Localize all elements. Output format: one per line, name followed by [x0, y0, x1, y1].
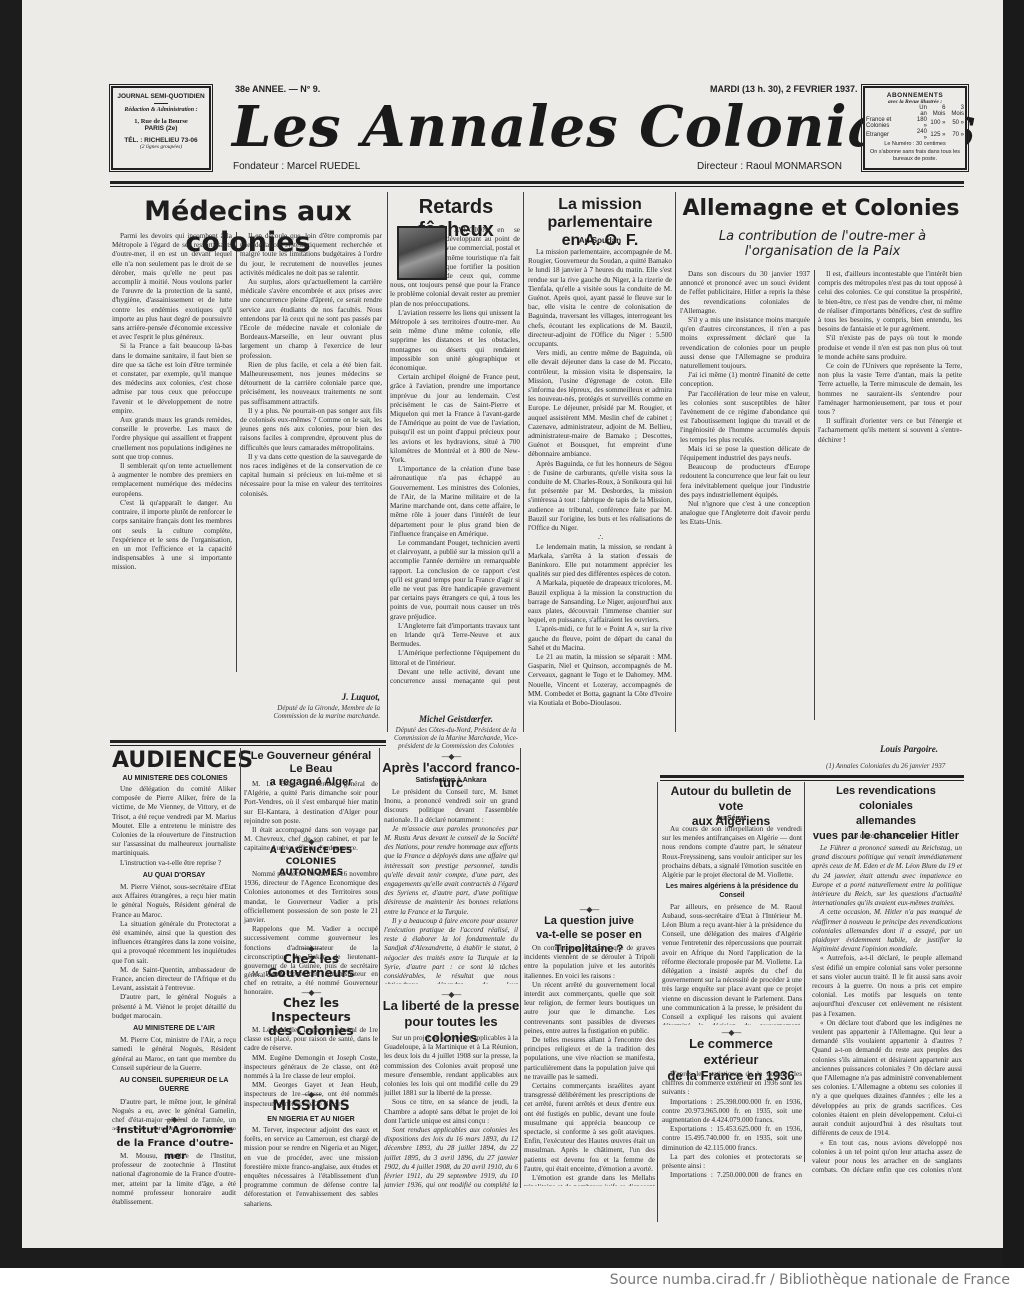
column-rule [520, 748, 521, 1188]
subhead-ministere-colonies: AU MINISTERE DES COLONIES [112, 775, 238, 782]
signature-geistdoerfer-title: Député des Côtes-du-Nord, Président de l… [392, 726, 520, 750]
subhead-allemagne: La contribution de l'outre-mer à l'organ… [700, 229, 945, 259]
column-rule [379, 748, 380, 1188]
address: 1, Rue de la Bourse [113, 118, 209, 125]
column-rule [657, 782, 658, 1222]
article-missions: M. Terver, inspecteur adjoint des eaux e… [244, 1126, 378, 1209]
source-attribution: Source numba.cirad.fr / Bibliothèque nat… [610, 1272, 1010, 1288]
ornament: ∴ [528, 533, 672, 542]
ornament-divider: —◆— [244, 837, 378, 846]
issue-number: 38e ANNEE. — N° 9. [235, 84, 320, 94]
subhead-conseil-guerre: AU CONSEIL SUPERIEUR DE LA GUERRE [112, 1076, 236, 1094]
subhead-senat-bulletin: Au Sénat [660, 815, 802, 822]
article-medecins-col1: Parmi les devoirs qui incombent à la Mét… [112, 232, 232, 672]
subscription-table: Un an6 Mois3 Mois France et Colonies180 … [865, 105, 965, 141]
article-bulletin-vote: Au cours de son interpellation de vendre… [662, 825, 802, 1025]
article-retards: AVIATION en se développant au point de v… [390, 226, 520, 686]
column-rule [804, 782, 805, 1162]
subhead-ankara: Satisfaction à Ankara [382, 777, 520, 784]
issue-date: MARDI (13 h. 30), 2 FEVRIER 1937. [710, 84, 858, 94]
article-liberte-presse: Sur un projet de loi rendant applicables… [384, 1034, 518, 1189]
subscription-row: France et Colonies180 »100 »50 » [865, 117, 965, 129]
column-rule [814, 270, 815, 720]
subhead-reichstag: Le discours du Reichstag [808, 832, 964, 840]
issue-price: Le Numéro : 30 centimes [865, 141, 965, 147]
headline-allemagne: Allemagne et Colonies [678, 196, 964, 221]
subhead-soudan: Au Soudan [526, 236, 674, 245]
article-allemagne-col1: Dans son discours du 30 janvier 1937 ann… [680, 270, 810, 744]
subscription-title: ABONNEMENTS [865, 92, 965, 99]
signature-pargoire: Louis Pargoire. [818, 744, 938, 754]
column-rule [523, 192, 524, 732]
headline-franco-turc: Après l'accord franco-turc [382, 760, 520, 790]
subhead-nigeria: EN NIGERIA ET AU NIGER [244, 1116, 378, 1123]
scan-edge [1003, 0, 1024, 1268]
article-commerce: D'après les statistiques de la douane, l… [662, 1070, 802, 1180]
founder: Fondateur : Marcel RUEDEL [233, 161, 360, 172]
section-rule [110, 740, 386, 746]
column-rule [387, 192, 388, 732]
ornament-divider: —◆— [112, 1115, 236, 1124]
telephone: TÉL. : RICHELIEU 73-06 [113, 137, 209, 144]
subscription-note: On s'abonne sans frais dans tous les bur… [865, 149, 965, 162]
footnote: (1) Annales Coloniales du 26 janvier 193… [826, 762, 976, 770]
director: Directeur : Raoul MONMARSON [697, 161, 842, 172]
headline-bulletin-vote: Autour du bulletin de voteaux Algériens [660, 784, 802, 829]
headline-missions: MISSIONS [244, 1098, 378, 1114]
signature-geistdoerfer: Michel Geistdœrfer. [392, 714, 520, 724]
article-question-juive: On communique du Caire que de graves inc… [524, 944, 655, 1186]
signature-luquot: J. Luquot, [240, 692, 380, 702]
article-franco-turc: Le président du Conseil turc, M. Ismet I… [384, 788, 518, 984]
article-mission: La mission parlementaire, accompagnée de… [528, 248, 672, 768]
signature-luquot-title: Député de la Gironde, Membre de la Commi… [260, 704, 380, 720]
masthead-left-box: JOURNAL SEMI-QUOTIDIEN Rédaction & Admin… [111, 86, 211, 170]
telephone-note: (2 lignes groupées) [113, 144, 209, 150]
redaction-label: Rédaction & Administration : [113, 107, 209, 113]
column-rule [675, 192, 676, 732]
ornament-divider: —◆— [522, 905, 656, 914]
section-rule [660, 775, 964, 781]
article-medecins-col2: Il en découle que, loin d'être compromis… [240, 232, 382, 617]
subhead-quai-orsay: AU QUAI D'ORSAY [112, 871, 236, 880]
article-allemagne-col2: Il est, d'ailleurs incontestable que l'i… [818, 270, 962, 710]
journal-type: JOURNAL SEMI-QUOTIDIEN [113, 93, 209, 100]
article-institut: M. Mousu, membre de l'Institut, professe… [112, 1152, 236, 1207]
headline-audiences: AUDIENCES [112, 748, 238, 773]
masthead-rule [110, 181, 964, 187]
column-rule [236, 232, 237, 672]
subscription-row: Etranger240 »125 »70 » [865, 129, 965, 141]
column-rule [240, 748, 241, 1188]
article-audiences: Une délégation du comité Aliker composée… [112, 785, 236, 1130]
subhead-maires: Les maires algériens à la présidence du … [662, 882, 802, 900]
subhead-ministere-air: AU MINISTERE DE L'AIR [112, 1024, 236, 1033]
city: PARIS (2e) [113, 125, 209, 132]
article-revendications: Le Führer a prononcé samedi au Reichstag… [812, 844, 962, 1174]
subscription-box: ABONNEMENTS avec la Revue illustrée : Un… [863, 86, 967, 170]
